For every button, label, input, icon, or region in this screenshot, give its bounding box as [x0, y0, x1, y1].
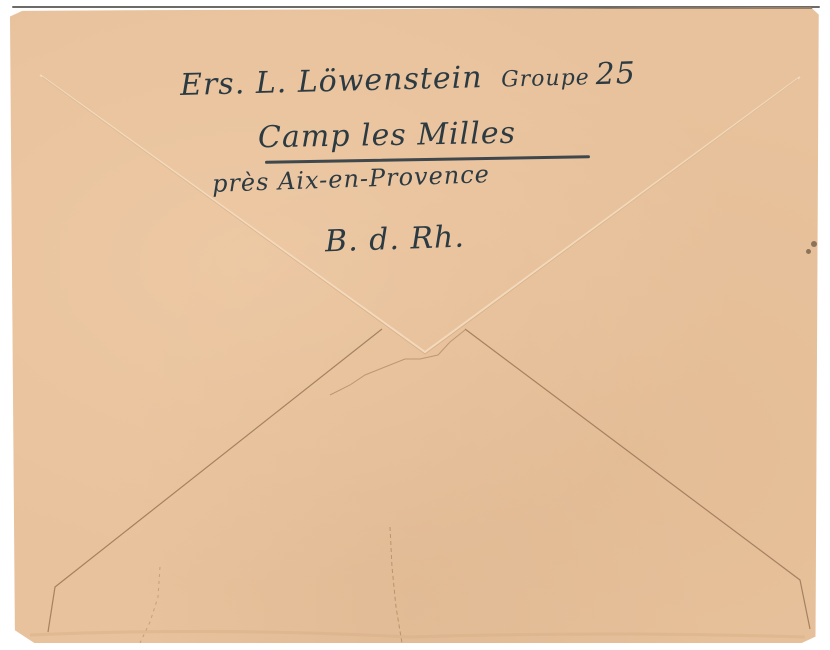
department-line: B. d. Rh.: [324, 220, 465, 260]
sender-prefix: Ers.: [180, 66, 246, 103]
paper-blemish: [811, 241, 817, 247]
scan-canvas: Ers. L. Löwenstein Groupe25 Camp les Mil…: [0, 0, 830, 650]
sender-name: L. Löwenstein: [255, 60, 483, 101]
group-number: 25: [595, 56, 636, 92]
right-flap-edge: [465, 329, 810, 629]
group-label: Groupe: [501, 65, 590, 92]
paper-crack: [390, 527, 402, 643]
paper-blemish: [806, 249, 811, 254]
envelope-fold-lines: [10, 7, 822, 643]
worn-bottom-edge: [30, 631, 805, 637]
envelope-back: [10, 7, 822, 643]
camp-name-line: Camp les Milles: [258, 116, 517, 155]
left-flap-edge: [48, 329, 382, 632]
